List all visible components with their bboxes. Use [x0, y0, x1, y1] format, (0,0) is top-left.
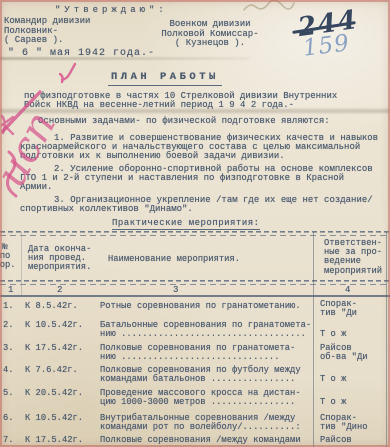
- table-header-num: № по пор.: [0, 243, 20, 271]
- task-item-2: 2. Усиление оборонно-спортивной работы н…: [20, 165, 390, 192]
- tasks-intro: Основными задачами- по физической подгот…: [38, 117, 330, 126]
- date-cell: К 20.5.42г.: [25, 389, 83, 398]
- table-header-resp: Ответствен- ные за про- ведение мероприя…: [324, 239, 390, 276]
- row-num-cell: 3.: [3, 344, 14, 353]
- measure-name-cell: Ротные соревнования по гранатометанию.: [100, 302, 318, 311]
- table-vertical-rule-num: [21, 232, 22, 296]
- scanned-document-page: "Утверждаю": Командир дивизии Полковник-…: [0, 0, 390, 447]
- pink-letter-mark: [2, 116, 13, 134]
- task-item-1: 1. Развитие и совершенствование физическ…: [20, 134, 390, 161]
- table-header-date: Дата оконча- ния провед. мероприятия.: [28, 245, 100, 273]
- row-num-cell: 5.: [3, 389, 14, 398]
- approval-date: " 6 " мая 1942 года.-: [8, 48, 155, 59]
- table-header-name: Наименование мероприятия.: [108, 255, 313, 264]
- row-num-cell: 7.: [3, 436, 14, 445]
- pencil-scribble: [244, 0, 294, 10]
- measure-name-cell: Полковые соревнования /между командами: [100, 436, 318, 445]
- responsible-cell: Райсов: [320, 436, 390, 445]
- row-num-cell: 2.: [3, 321, 14, 330]
- measure-name-cell: Полковые соревнования по гранатомета- ни…: [100, 344, 318, 362]
- measure-name-cell: Батальонные соревнования по гранатомета-…: [100, 321, 318, 339]
- document-title: ПЛАН РАБОТЫ: [108, 71, 222, 86]
- date-cell: К 7.6.42г.: [25, 366, 78, 375]
- responsible-cell: Т о ж: [320, 366, 390, 384]
- date-cell: К 17.5.42г.: [25, 436, 83, 445]
- responsible-cell: Спорак- тив "Дино: [320, 414, 390, 432]
- column-number-4: 4: [345, 286, 350, 295]
- row-num-cell: 1.: [3, 302, 14, 311]
- row-num-cell: 4.: [3, 366, 14, 375]
- pink-squiggle: [7, 152, 16, 196]
- pink-check-mark: [60, 64, 75, 82]
- approval-stamp: "Утверждаю":: [55, 6, 168, 15]
- column-number-1: 1: [8, 286, 13, 295]
- row-num-cell: 6.: [3, 414, 14, 423]
- commander-signature-block: Командир дивизии Полковник- ( Сараев ).: [4, 17, 90, 46]
- responsible-cell: Спорак- тив "Ди: [320, 300, 390, 318]
- responsible-cell: Т о ж: [320, 321, 390, 339]
- task-item-3: 3. Организационное укрепление /там где и…: [20, 196, 390, 214]
- date-cell: К 17.5.42г.: [25, 344, 83, 353]
- measure-name-cell: Внутрибатальонные соревнования /между ко…: [100, 414, 318, 432]
- date-cell: К 10.5.42г.: [25, 414, 83, 423]
- document-subtitle: по физподготовке в частях 10 Стрелковой …: [24, 92, 390, 110]
- practical-measures-heading: Практические мероприятия:: [112, 219, 260, 230]
- measure-name-cell: Полковые соревнования по футболу между к…: [100, 366, 318, 384]
- date-cell: К 8.5.42г.: [25, 302, 78, 311]
- table-rule-under-numbers: [0, 295, 390, 297]
- responsible-cell: Райсов об-ва "Ди: [320, 344, 390, 362]
- column-number-2: 2: [57, 286, 62, 295]
- responsible-cell: Т о ж: [320, 389, 390, 407]
- page-number: 159: [302, 30, 352, 62]
- date-cell: К 10.5.42г.: [25, 321, 83, 330]
- table-rule-top: [0, 231, 390, 236]
- measure-name-cell: Проведение массового кросса на дистан- ц…: [100, 389, 318, 407]
- commissar-signature-block: Военком дивизии Полковой Комиссар- ( Куз…: [150, 20, 270, 49]
- column-number-3: 3: [173, 286, 178, 295]
